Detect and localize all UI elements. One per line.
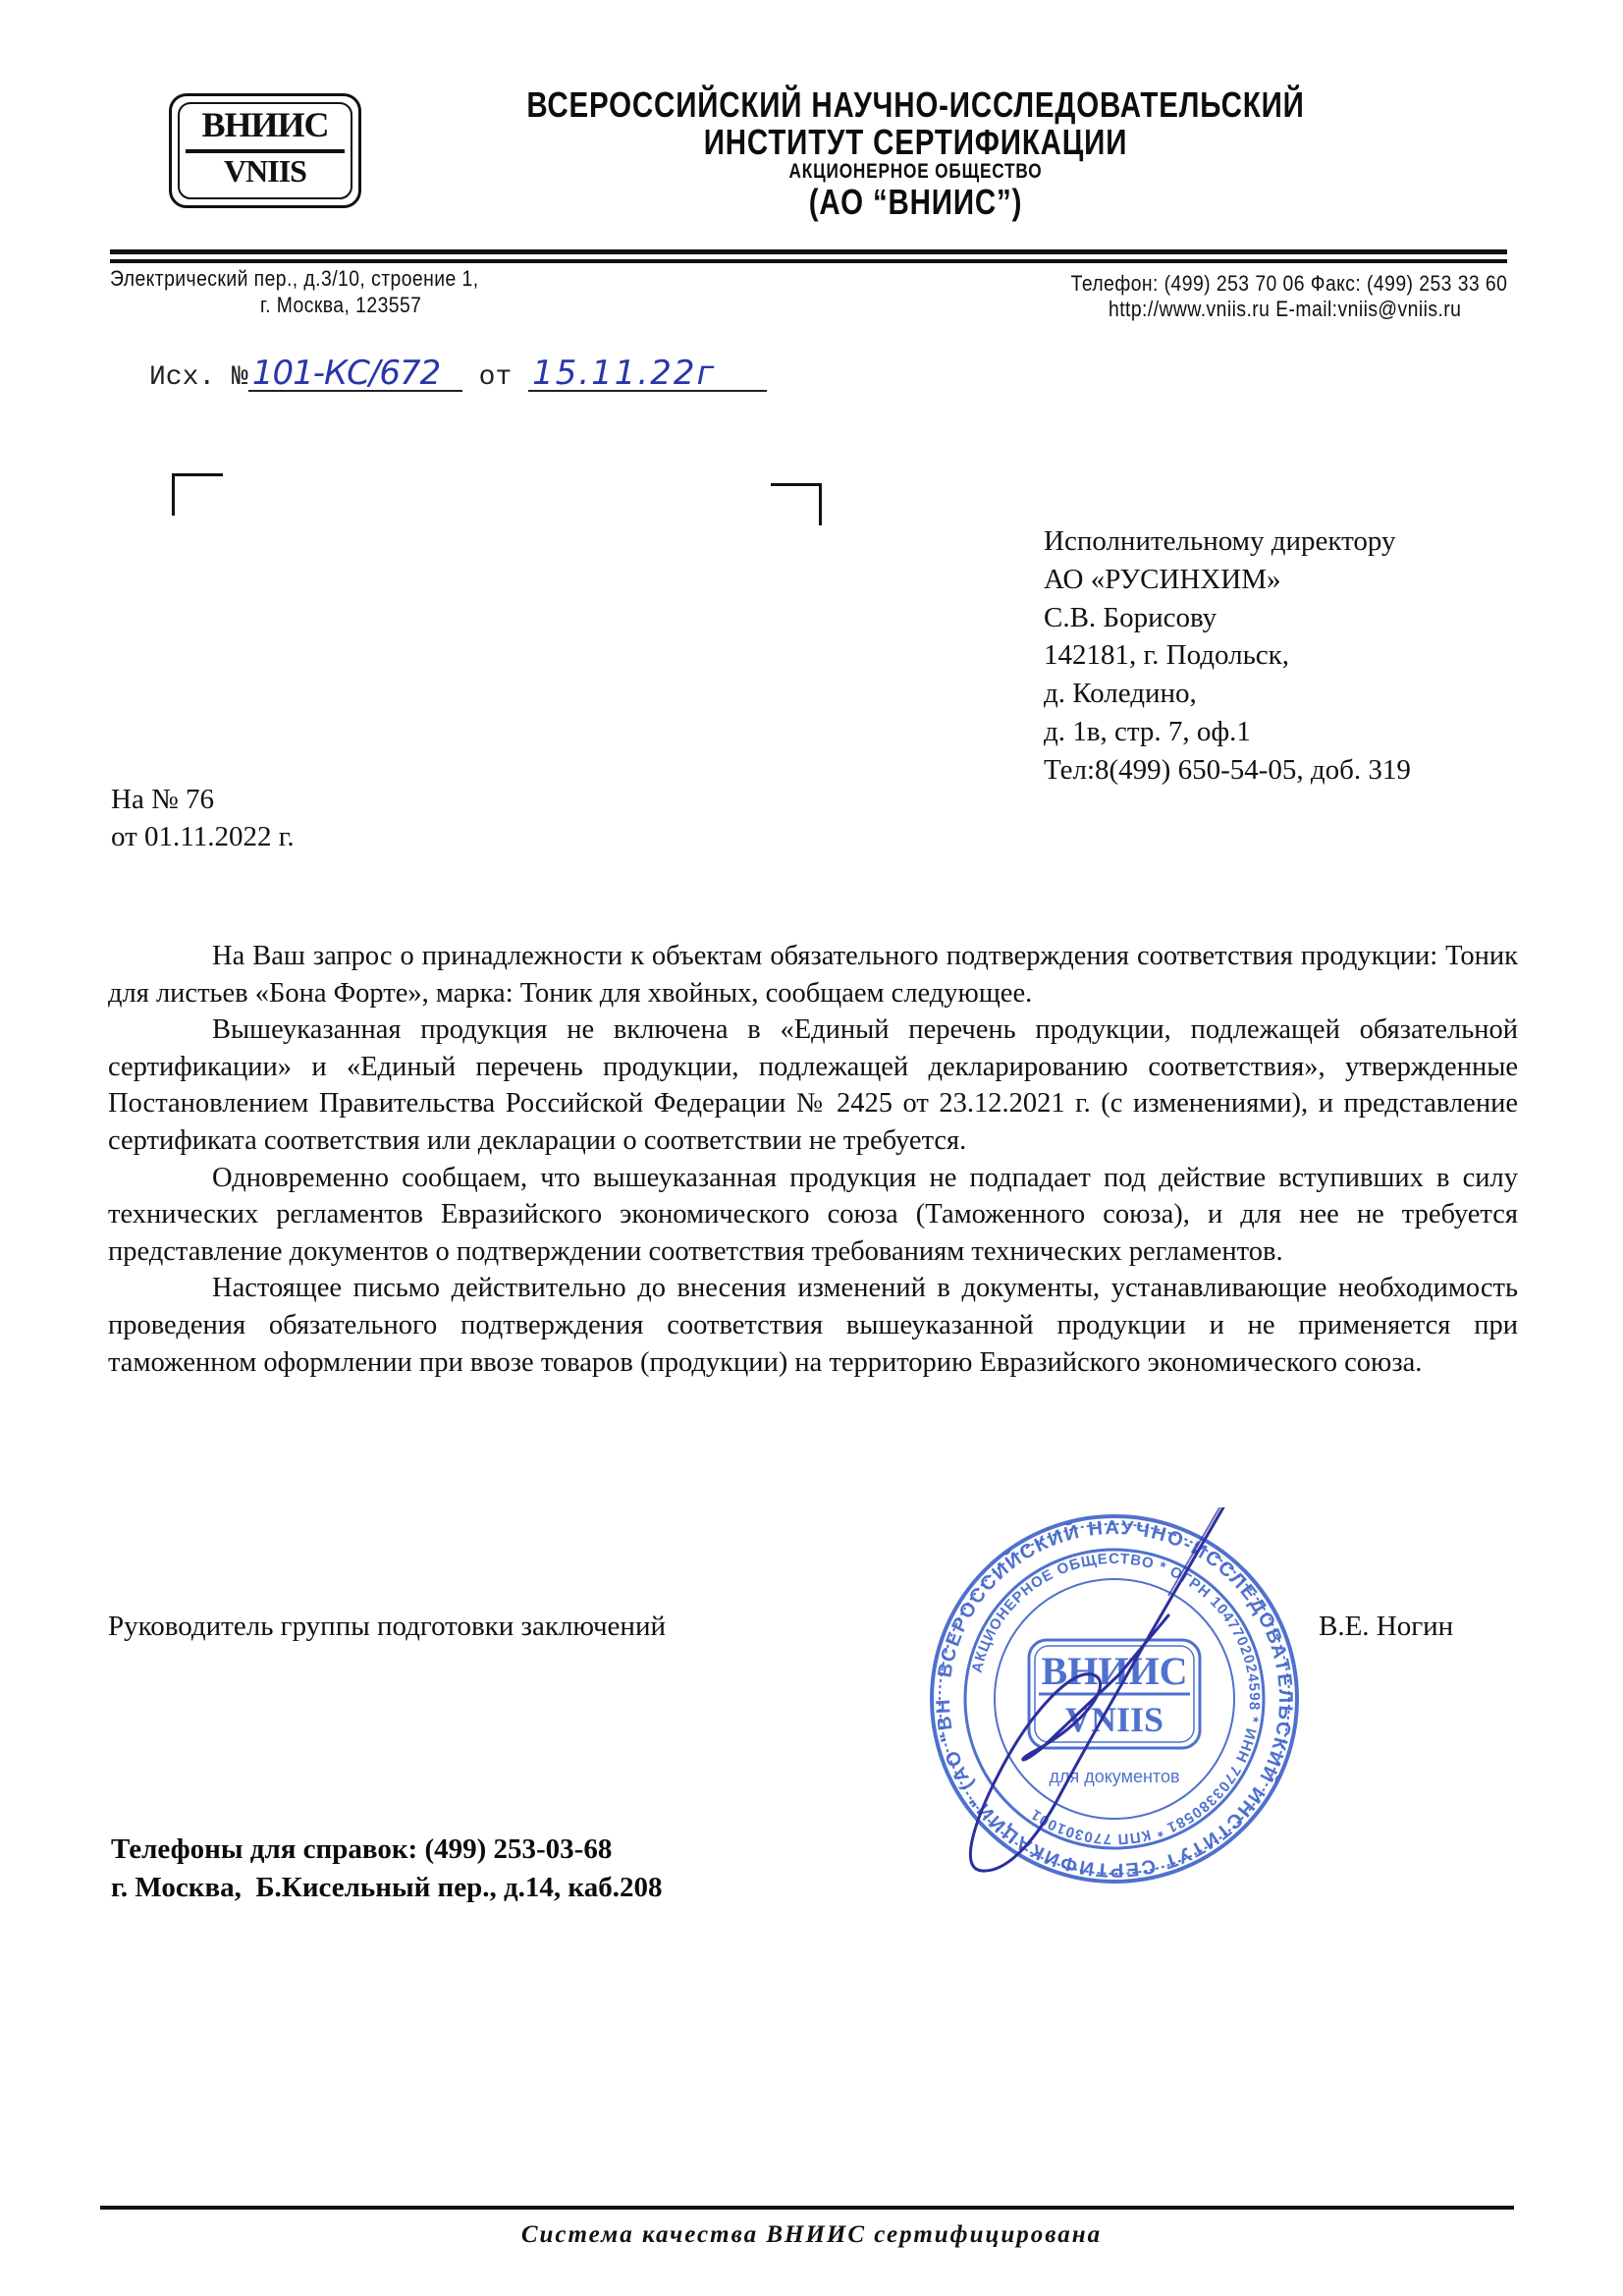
- header-rule-bottom: [110, 259, 1507, 263]
- reply-to-block: На № 76 от 01.11.2022 г.: [111, 781, 295, 855]
- signer-name: В.Е. Ногин: [1319, 1611, 1453, 1643]
- outgoing-date-handwritten: 15.11.22г: [528, 356, 767, 392]
- recipient-city: 142181, г. Подольск,: [1044, 636, 1411, 675]
- official-stamp: ВСЕРОССИЙСКИЙ НАУЧНО-ИССЛЕДОВАТЕЛЬСКИЙ И…: [923, 1507, 1306, 1890]
- org-web-email: http://www.vniis.ru E-mail:vniis@vniis.r…: [1109, 297, 1461, 322]
- signer-position: Руководитель группы подготовки заключени…: [108, 1611, 666, 1643]
- body-paragraph: Одновременно сообщаем, что вышеуказанная…: [108, 1160, 1518, 1271]
- address-corner-mark-right: [771, 483, 822, 525]
- outgoing-reference: Исх. №101-КС/672 от 15.11.22г: [149, 356, 767, 393]
- outgoing-number-handwritten: 101-КС/672: [248, 356, 462, 392]
- inquiry-address: г. Москва, Б.Кисельный пер., д.14, каб.2…: [111, 1869, 662, 1907]
- recipient-name: С.В. Борисову: [1044, 599, 1411, 637]
- recipient-building: д. 1в, стр. 7, оф.1: [1044, 713, 1411, 751]
- recipient-block: Исполнительному директору АО «РУСИНХИМ» …: [1044, 522, 1411, 790]
- logo-text-latin: VNIIS: [172, 153, 358, 189]
- reply-to-date: от 01.11.2022 г.: [111, 818, 295, 855]
- footer-quality-note: Система качества ВНИИС сертифицирована: [0, 2221, 1623, 2249]
- org-address-line2: г. Москва, 123557: [260, 293, 421, 318]
- org-short-name: (АО “ВНИИС”): [412, 182, 1419, 223]
- org-phone-fax: Телефон: (499) 253 70 06 Факс: (499) 253…: [1070, 271, 1507, 297]
- reply-to-number: На № 76: [111, 781, 295, 818]
- address-corner-mark-left: [172, 473, 223, 516]
- org-title-line2: ИНСТИТУТ СЕРТИФИКАЦИИ: [412, 122, 1419, 163]
- org-legal-form: АКЦИОНЕРНОЕ ОБЩЕСТВО: [412, 160, 1419, 184]
- recipient-title: Исполнительному директору: [1044, 522, 1411, 561]
- org-address-line1: Электрический пер., д.3/10, строение 1,: [110, 266, 479, 292]
- outgoing-prefix: Исх. №: [149, 362, 248, 393]
- recipient-village: д. Коледино,: [1044, 675, 1411, 713]
- recipient-company: АО «РУСИНХИМ»: [1044, 561, 1411, 599]
- letter-body: На Ваш запрос о принадлежности к объекта…: [108, 938, 1518, 1381]
- body-paragraph: Вышеуказанная продукция не включена в «Е…: [108, 1011, 1518, 1159]
- footer-rule: [100, 2206, 1514, 2210]
- vniis-logo: ВНИИС VNIIS: [169, 93, 361, 208]
- outgoing-from-label: от: [479, 362, 513, 393]
- header-rule-top: [110, 249, 1507, 254]
- body-paragraph: На Ваш запрос о принадлежности к объекта…: [108, 938, 1518, 1011]
- body-paragraph: Настоящее письмо действительно до внесен…: [108, 1270, 1518, 1381]
- inquiry-phones: Телефоны для справок: (499) 253-03-68: [111, 1831, 662, 1869]
- recipient-phone: Тел:8(499) 650-54-05, доб. 319: [1044, 751, 1411, 790]
- org-title-line1: ВСЕРОССИЙСКИЙ НАУЧНО-ИССЛЕДОВАТЕЛЬСКИЙ: [412, 84, 1419, 126]
- inquiry-contacts: Телефоны для справок: (499) 253-03-68г. …: [111, 1831, 662, 1907]
- logo-text-cyrillic: ВНИИС: [172, 106, 358, 143]
